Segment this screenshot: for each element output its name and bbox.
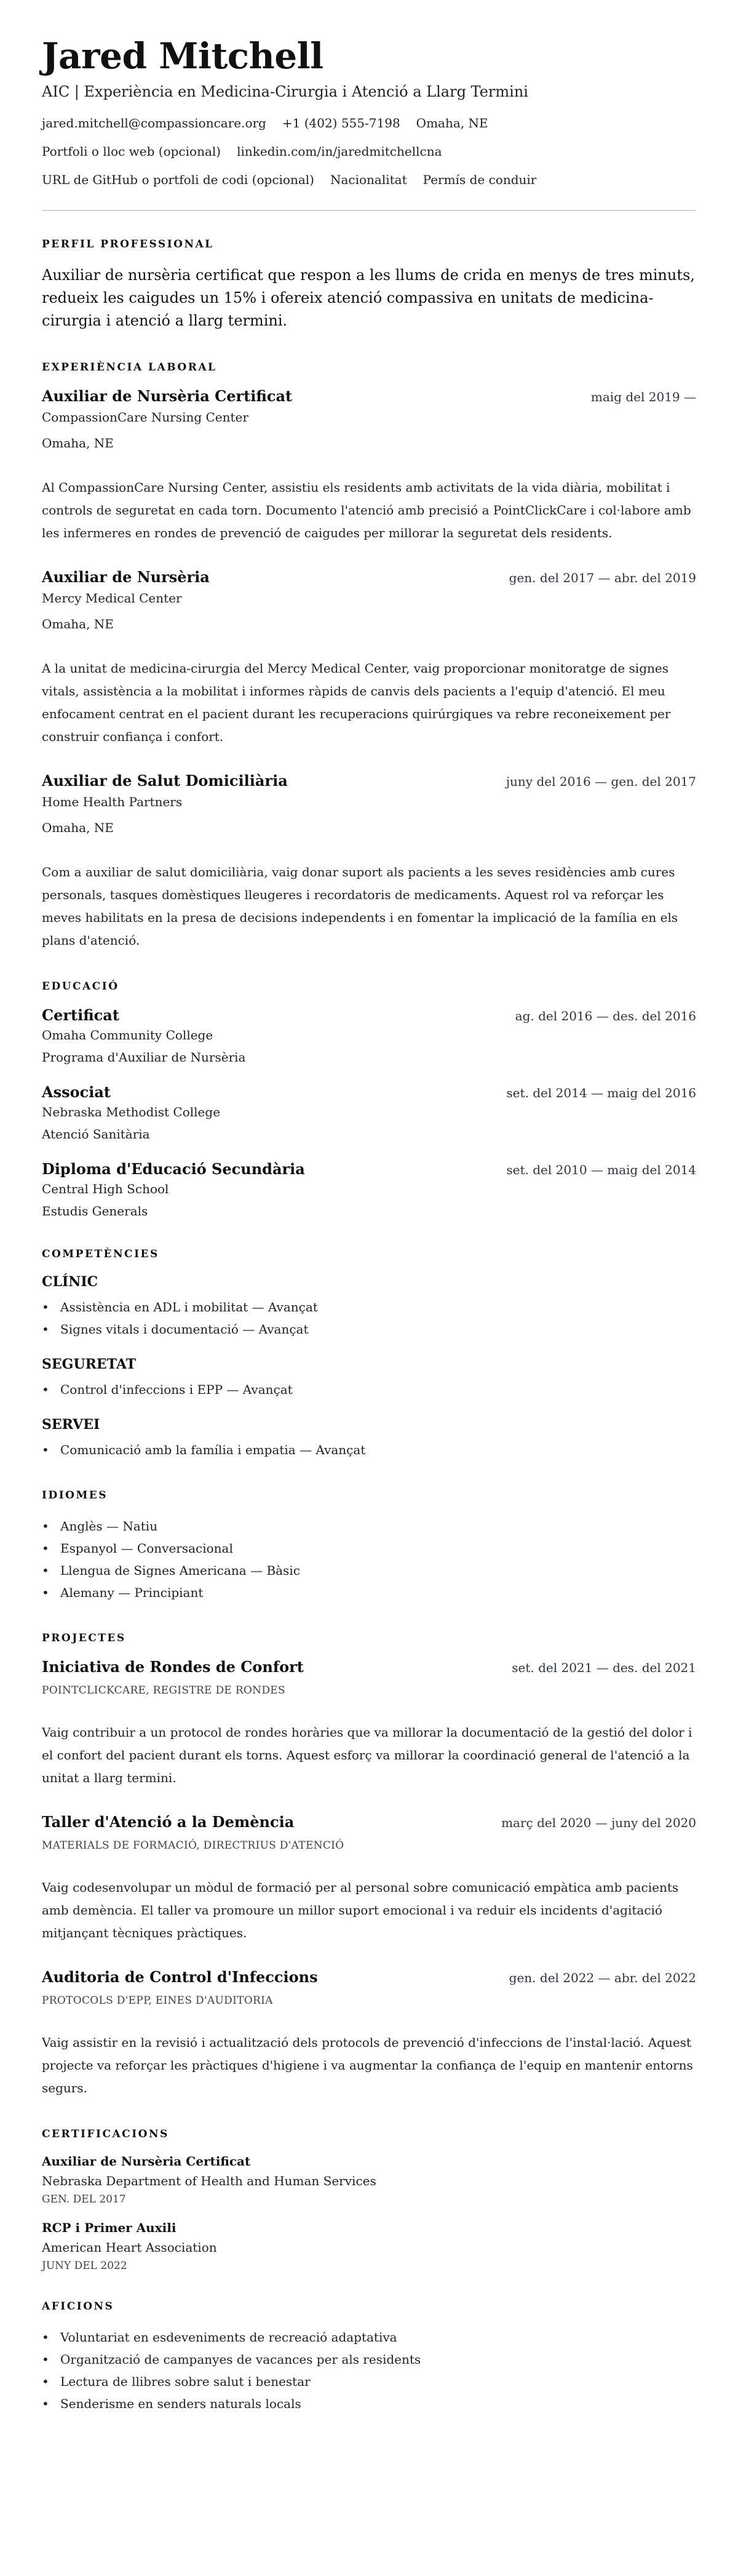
section-summary: Perfil professional Auxiliar de nursèria… (42, 238, 696, 333)
hobby-item: Voluntariat en esdeveniments de recreaci… (42, 2326, 696, 2348)
job-date: maig del 2019 — (591, 390, 696, 404)
skill-group-title: Seguretat (42, 1356, 696, 1372)
section-languages: Idiomes Anglès — Natiu Espanyol — Conver… (42, 1489, 696, 1604)
header-divider (42, 210, 696, 211)
project-date: set. del 2021 — des. del 2021 (512, 1660, 696, 1675)
job-location: Omaha, NE (42, 615, 696, 633)
project-title: Iniciativa de Rondes de Confort (42, 1658, 304, 1676)
project-entry: Iniciativa de Rondes de Confort set. del… (42, 1658, 696, 1790)
hobby-item: Senderisme en senders naturals locals (42, 2393, 696, 2415)
certification-date: gen. del 2017 (42, 2193, 696, 2206)
certification-issuer: Nebraska Department of Health and Human … (42, 2174, 696, 2188)
education-date: ag. del 2016 — des. del 2016 (515, 1009, 696, 1023)
language-item: Anglès — Natiu (42, 1515, 696, 1537)
section-title: Competències (42, 1248, 696, 1260)
skill-group: Seguretat Control d'infeccions i EPP — A… (42, 1356, 696, 1401)
contact-nationality: Nacionalitat (330, 172, 407, 188)
contact-github[interactable]: URL de GitHub o portfoli de codi (opcion… (42, 172, 314, 188)
job-company: Mercy Medical Center (42, 590, 696, 607)
section-title: Educació (42, 980, 696, 993)
project-description: Vaig codesenvolupar un mòdul de formació… (42, 1876, 696, 1945)
project-date: gen. del 2022 — abr. del 2022 (509, 1970, 696, 1985)
skill-item: Assistència en ADL i mobilitat — Avançat (42, 1296, 696, 1318)
education-date: set. del 2010 — maig del 2014 (506, 1162, 696, 1177)
experience-entry: Auxiliar de Nursèria gen. del 2017 — abr… (42, 568, 696, 748)
resume-page: Jared Mitchell AIC | Experiència en Medi… (0, 0, 738, 2480)
job-title: Auxiliar de Salut Domiciliària (42, 772, 288, 790)
field-of-study: Estudis Generals (42, 1202, 696, 1220)
school: Central High School (42, 1180, 696, 1198)
section-projects: Projectes Iniciativa de Rondes de Confor… (42, 1632, 696, 2100)
language-item: Alemany — Principiant (42, 1582, 696, 1604)
section-title: Certificacions (42, 2128, 696, 2140)
certification-entry: RCP i Primer Auxili American Heart Assoc… (42, 2220, 696, 2272)
contact-row: jared.mitchell@compassioncare.org +1 (40… (42, 115, 696, 131)
hobby-item: Organització de campanyes de vacances pe… (42, 2348, 696, 2370)
project-title: Auditoria de Control d'Infeccions (42, 1968, 318, 1986)
project-date: març del 2020 — juny del 2020 (501, 1815, 696, 1830)
job-description: Com a auxiliar de salut domiciliària, va… (42, 861, 696, 952)
job-company: CompassionCare Nursing Center (42, 409, 696, 426)
job-date: juny del 2016 — gen. del 2017 (506, 774, 696, 789)
candidate-headline: AIC | Experiència en Medicina-Cirurgia i… (42, 82, 696, 102)
education-entry: Certificat ag. del 2016 — des. del 2016 … (42, 1006, 696, 1066)
certification-name: RCP i Primer Auxili (42, 2220, 696, 2235)
skill-group-title: Servei (42, 1417, 696, 1433)
project-tools: Materials de formació, Directrius d'aten… (42, 1839, 696, 1852)
certification-name: Auxiliar de Nursèria Certificat (42, 2154, 696, 2169)
candidate-name: Jared Mitchell (42, 37, 696, 76)
job-title: Auxiliar de Nursèria (42, 568, 210, 586)
section-certifications: Certificacions Auxiliar de Nursèria Cert… (42, 2128, 696, 2272)
degree: Associat (42, 1083, 111, 1101)
resume-header: Jared Mitchell AIC | Experiència en Medi… (42, 37, 696, 188)
language-item: Espanyol — Conversacional (42, 1537, 696, 1559)
project-entry: Auditoria de Control d'Infeccions gen. d… (42, 1968, 696, 2100)
hobby-item: Lectura de llibres sobre salut i benesta… (42, 2370, 696, 2393)
contact-phone[interactable]: +1 (402) 555-7198 (282, 115, 400, 131)
certification-issuer: American Heart Association (42, 2240, 696, 2255)
section-title: Aficions (42, 2300, 696, 2313)
field-of-study: Atenció Sanitària (42, 1126, 696, 1143)
section-experience: Experiència laboral Auxiliar de Nursèria… (42, 361, 696, 952)
education-entry: Diploma d'Educació Secundària set. del 2… (42, 1160, 696, 1220)
section-education: Educació Certificat ag. del 2016 — des. … (42, 980, 696, 1220)
job-description: Al CompassionCare Nursing Center, assist… (42, 476, 696, 545)
school: Nebraska Methodist College (42, 1103, 696, 1121)
section-title: Projectes (42, 1632, 696, 1644)
contact-email[interactable]: jared.mitchell@compassioncare.org (42, 115, 266, 131)
section-skills: Competències Clínic Assistència en ADL i… (42, 1248, 696, 1461)
experience-entry: Auxiliar de Nursèria Certificat maig del… (42, 387, 696, 545)
project-entry: Taller d'Atenció a la Demència març del … (42, 1813, 696, 1945)
project-description: Vaig contribuir a un protocol de rondes … (42, 1721, 696, 1790)
school: Omaha Community College (42, 1026, 696, 1044)
job-title: Auxiliar de Nursèria Certificat (42, 387, 292, 405)
contact-driving-license: Permís de conduir (423, 172, 537, 188)
degree: Diploma d'Educació Secundària (42, 1160, 305, 1178)
contact-location: Omaha, NE (416, 115, 488, 131)
job-location: Omaha, NE (42, 819, 696, 836)
contact-row: URL de GitHub o portfoli de codi (opcion… (42, 172, 696, 188)
language-item: Llengua de Signes Americana — Bàsic (42, 1559, 696, 1582)
contact-linkedin[interactable]: linkedin.com/in/jaredmitchellcna (237, 143, 442, 159)
section-title: Experiència laboral (42, 361, 696, 374)
education-entry: Associat set. del 2014 — maig del 2016 N… (42, 1083, 696, 1143)
field-of-study: Programa d'Auxiliar de Nursèria (42, 1049, 696, 1066)
section-title: Idiomes (42, 1489, 696, 1502)
skill-group-title: Clínic (42, 1274, 696, 1290)
skill-item: Signes vitals i documentació — Avançat (42, 1318, 696, 1340)
skill-item: Control d'infeccions i EPP — Avançat (42, 1378, 696, 1401)
project-tools: PointClickCare, Registre de rondes (42, 1684, 696, 1697)
certification-date: juny del 2022 (42, 2260, 696, 2272)
skill-item: Comunicació amb la família i empatia — A… (42, 1439, 696, 1461)
project-description: Vaig assistir en la revisió i actualitza… (42, 2031, 696, 2100)
project-tools: Protocols d'EPP, Eines d'auditoria (42, 1994, 696, 2007)
skill-group: Servei Comunicació amb la família i empa… (42, 1417, 696, 1461)
job-description: A la unitat de medicina-cirurgia del Mer… (42, 657, 696, 748)
project-title: Taller d'Atenció a la Demència (42, 1813, 294, 1831)
contact-row: Portfoli o lloc web (opcional) linkedin.… (42, 143, 696, 159)
skill-group: Clínic Assistència en ADL i mobilitat — … (42, 1274, 696, 1340)
section-hobbies: Aficions Voluntariat en esdeveniments de… (42, 2300, 696, 2415)
contact-portfolio[interactable]: Portfoli o lloc web (opcional) (42, 143, 221, 159)
summary-text: Auxiliar de nursèria certificat que resp… (42, 264, 696, 333)
education-date: set. del 2014 — maig del 2016 (506, 1086, 696, 1100)
degree: Certificat (42, 1006, 119, 1024)
job-company: Home Health Partners (42, 793, 696, 810)
job-date: gen. del 2017 — abr. del 2019 (509, 570, 696, 585)
section-title: Perfil professional (42, 238, 696, 250)
job-location: Omaha, NE (42, 434, 696, 452)
certification-entry: Auxiliar de Nursèria Certificat Nebraska… (42, 2154, 696, 2206)
experience-entry: Auxiliar de Salut Domiciliària juny del … (42, 772, 696, 952)
